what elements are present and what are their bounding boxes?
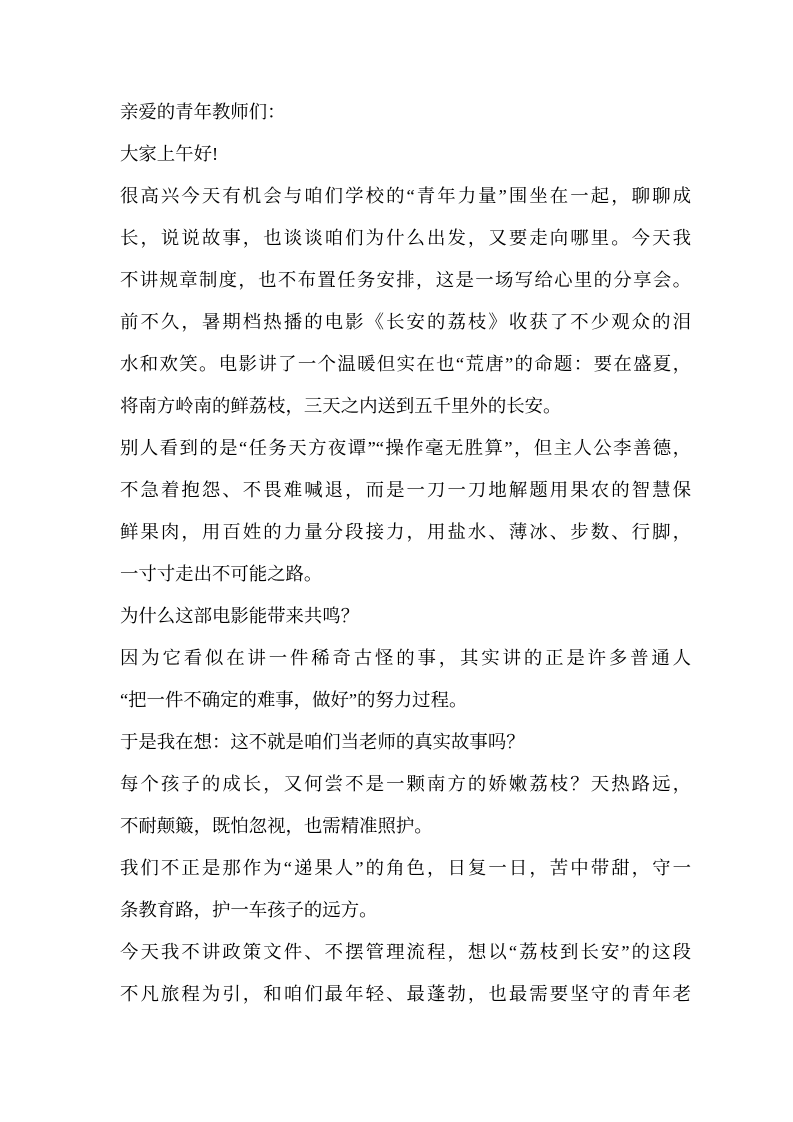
text-line: 鲜果肉，用百姓的力量分段接力，用盐水、薄冰、步数、行脚， bbox=[120, 511, 691, 553]
text-line: 水和欢笑。电影讲了一个温暖但实在也“荒唐”的命题：要在盛夏， bbox=[120, 343, 691, 385]
text-line: 今天我不讲政策文件、不摆管理流程，想以“荔枝到长安”的这段 bbox=[120, 931, 691, 973]
text-line: 将南方岭南的鲜荔枝，三天之内送到五千里外的长安。 bbox=[120, 385, 691, 427]
text-line: 不耐颠簸，既怕忽视，也需精准照护。 bbox=[120, 805, 691, 847]
text-line: 为什么这部电影能带来共鸣？ bbox=[120, 595, 691, 637]
document-page: 亲爱的青年教师们： 大家上午好! 很高兴今天有机会与咱们学校的“青年力量”围坐在… bbox=[0, 0, 793, 1122]
text-line: 别人看到的是“任务天方夜谭”“操作毫无胜算”，但主人公李善德， bbox=[120, 427, 691, 469]
text-line: 长，说说故事，也谈谈咱们为什么出发，又要走向哪里。今天我 bbox=[120, 217, 691, 259]
text-line: “把一件不确定的难事，做好”的努力过程。 bbox=[120, 679, 691, 721]
text-line: 于是我在想：这不就是咱们当老师的真实故事吗？ bbox=[120, 721, 691, 763]
text-line: 不讲规章制度，也不布置任务安排，这是一场写给心里的分享会。 bbox=[120, 259, 691, 301]
text-line: 一寸寸走出不可能之路。 bbox=[120, 553, 691, 595]
text-line: 前不久，暑期档热播的电影《长安的荔枝》收获了不少观众的泪 bbox=[120, 301, 691, 343]
text-line: 条教育路，护一车孩子的远方。 bbox=[120, 889, 691, 931]
text-line: 不急着抱怨、不畏难喊退，而是一刀一刀地解题用果农的智慧保 bbox=[120, 469, 691, 511]
text-line: 每个孩子的成长，又何尝不是一颗南方的娇嫩荔枝？天热路远， bbox=[120, 763, 691, 805]
text-line: 我们不正是那作为“递果人”的角色，日复一日，苦中带甜，守一 bbox=[120, 847, 691, 889]
text-line: 亲爱的青年教师们： bbox=[120, 91, 691, 133]
text-line: 不凡旅程为引，和咱们最年轻、最蓬勃，也最需要坚守的青年老 bbox=[120, 973, 691, 1015]
text-line: 很高兴今天有机会与咱们学校的“青年力量”围坐在一起，聊聊成 bbox=[120, 175, 691, 217]
text-line: 因为它看似在讲一件稀奇古怪的事，其实讲的正是许多普通人 bbox=[120, 637, 691, 679]
text-line: 大家上午好! bbox=[120, 133, 691, 175]
document-body: 亲爱的青年教师们： 大家上午好! 很高兴今天有机会与咱们学校的“青年力量”围坐在… bbox=[120, 91, 691, 1015]
